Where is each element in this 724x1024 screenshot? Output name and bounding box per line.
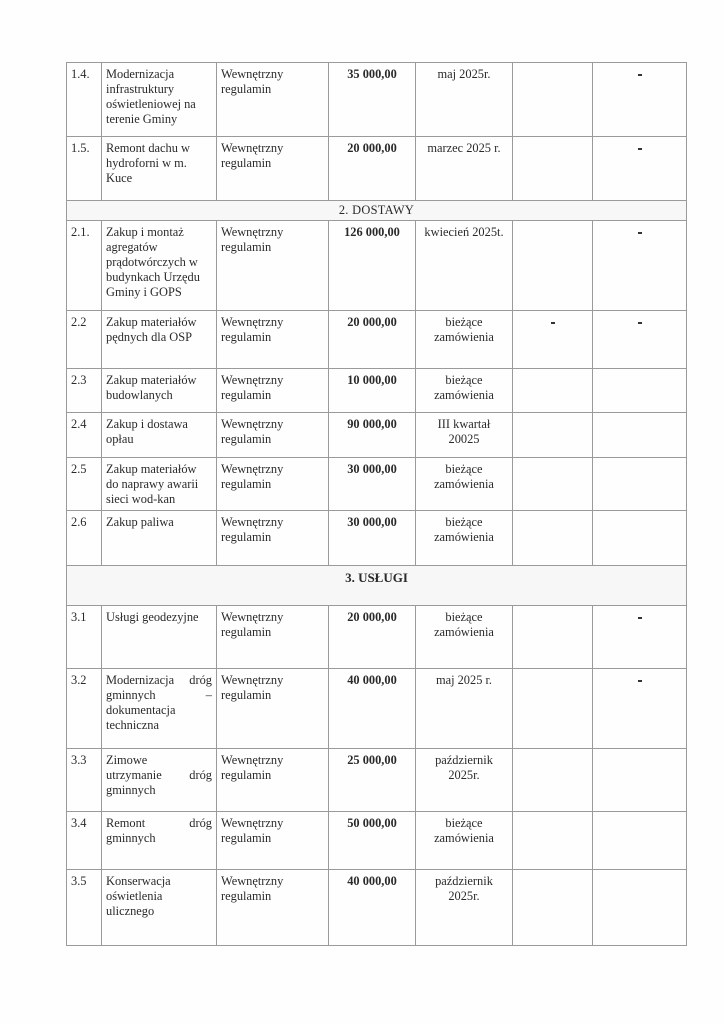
item-number: 2.3 <box>67 369 102 413</box>
text-line: 20025 <box>420 432 508 447</box>
item-number: 2.5 <box>67 458 102 511</box>
item-name: Remont dachu whydroforni w m.Kuce <box>102 137 217 201</box>
table-row: 3.2Modernizacja dróggminnych –dokumentac… <box>67 669 687 749</box>
table-row: 3.4Remont dróggminnychWewnętrznyregulami… <box>67 812 687 870</box>
procurement-mode: Wewnętrznyregulamin <box>217 311 329 369</box>
text-line: Wewnętrzny <box>221 225 324 240</box>
text-line: bieżące <box>420 315 508 330</box>
text-line: Zakup paliwa <box>106 515 212 530</box>
text-line: hydroforni w m. <box>106 156 212 171</box>
planned-date: bieżącezamówienia <box>416 458 513 511</box>
text-line: gminnych – <box>106 688 212 703</box>
item-number: 3.5 <box>67 870 102 946</box>
column-6-value <box>513 870 593 946</box>
estimated-value: 126 000,00 <box>329 221 416 311</box>
text-line: Remont dróg <box>106 816 212 831</box>
text-line: terenie Gminy <box>106 112 212 127</box>
column-7-value <box>593 369 687 413</box>
dash-mark <box>638 680 642 682</box>
dash-mark <box>638 148 642 150</box>
column-7-value <box>593 749 687 812</box>
text-line: Kuce <box>106 171 212 186</box>
item-number: 2.6 <box>67 511 102 566</box>
item-number: 3.1 <box>67 606 102 669</box>
text-line: październik <box>420 874 508 889</box>
column-7-value <box>593 511 687 566</box>
text-line: utrzymanie dróg <box>106 768 212 783</box>
estimated-value: 25 000,00 <box>329 749 416 812</box>
estimated-value: 40 000,00 <box>329 870 416 946</box>
text-line: infrastruktury <box>106 82 212 97</box>
item-number: 2.4 <box>67 413 102 458</box>
column-6-value <box>513 137 593 201</box>
procurement-mode: Wewnętrznyregulamin <box>217 137 329 201</box>
column-7-value <box>593 812 687 870</box>
dash-mark <box>638 232 642 234</box>
text-line: regulamin <box>221 530 324 545</box>
text-line: sieci wod-kan <box>106 492 212 507</box>
text-line: zamówienia <box>420 530 508 545</box>
text-line: 2025r. <box>420 768 508 783</box>
text-line: budynkach Urzędu <box>106 270 212 285</box>
procurement-mode: Wewnętrznyregulamin <box>217 458 329 511</box>
procurement-mode: Wewnętrznyregulamin <box>217 221 329 311</box>
text-line: Wewnętrzny <box>221 373 324 388</box>
text-line: zamówienia <box>420 388 508 403</box>
text-line: Modernizacja dróg <box>106 673 212 688</box>
item-name: Zakup materiałówdo naprawy awariisieci w… <box>102 458 217 511</box>
column-7-value <box>593 63 687 137</box>
text-line: Wewnętrzny <box>221 610 324 625</box>
table-row: 2.1.Zakup i montażagregatówprądotwórczyc… <box>67 221 687 311</box>
table-row: 2.5Zakup materiałówdo naprawy awariisiec… <box>67 458 687 511</box>
column-6-value <box>513 812 593 870</box>
text-line: regulamin <box>221 768 324 783</box>
item-name: Modernizacjainfrastrukturyoświetleniowej… <box>102 63 217 137</box>
planned-date: bieżącezamówienia <box>416 606 513 669</box>
text-line: regulamin <box>221 477 324 492</box>
planned-date: bieżącezamówienia <box>416 369 513 413</box>
text-line: maj 2025 r. <box>420 673 508 688</box>
text-line: Wewnętrzny <box>221 816 324 831</box>
text-line: bieżące <box>420 515 508 530</box>
text-line: Wewnętrzny <box>221 315 324 330</box>
estimated-value: 35 000,00 <box>329 63 416 137</box>
text-line: regulamin <box>221 625 324 640</box>
procurement-mode: Wewnętrznyregulamin <box>217 870 329 946</box>
text-line: maj 2025r. <box>420 67 508 82</box>
planned-date: bieżącezamówienia <box>416 311 513 369</box>
text-line: prądotwórczych w <box>106 255 212 270</box>
table-row: 2.6Zakup paliwaWewnętrznyregulamin30 000… <box>67 511 687 566</box>
estimated-value: 30 000,00 <box>329 511 416 566</box>
procurement-mode: Wewnętrznyregulamin <box>217 413 329 458</box>
text-line: Remont dachu w <box>106 141 212 156</box>
item-number: 2.2 <box>67 311 102 369</box>
text-line: bieżące <box>420 816 508 831</box>
column-7-value <box>593 606 687 669</box>
text-line: oświetleniowej na <box>106 97 212 112</box>
text-line: Wewnętrzny <box>221 515 324 530</box>
item-number: 1.4. <box>67 63 102 137</box>
column-7-value <box>593 311 687 369</box>
column-6-value <box>513 369 593 413</box>
item-name: Zakup materiałówbudowlanych <box>102 369 217 413</box>
table-body: 1.4.Modernizacjainfrastrukturyoświetleni… <box>67 63 687 946</box>
document-page: 1.4.Modernizacjainfrastrukturyoświetleni… <box>0 0 724 1024</box>
item-name: Modernizacja dróggminnych –dokumentacjat… <box>102 669 217 749</box>
table-row: 2.3Zakup materiałówbudowlanychWewnętrzny… <box>67 369 687 413</box>
item-name: Zimoweutrzymanie dróggminnych <box>102 749 217 812</box>
text-line: Gminy i GOPS <box>106 285 212 300</box>
column-6-value <box>513 749 593 812</box>
text-line: budowlanych <box>106 388 212 403</box>
text-line: Wewnętrzny <box>221 673 324 688</box>
column-6-value <box>513 606 593 669</box>
text-line: ulicznego <box>106 904 212 919</box>
text-line: Konserwacja <box>106 874 212 889</box>
estimated-value: 90 000,00 <box>329 413 416 458</box>
text-line: gminnych <box>106 783 212 798</box>
table-row: 2.2Zakup materiałówpędnych dla OSPWewnęt… <box>67 311 687 369</box>
procurement-mode: Wewnętrznyregulamin <box>217 812 329 870</box>
text-line: agregatów <box>106 240 212 255</box>
item-name: Zakup i montażagregatówprądotwórczych wb… <box>102 221 217 311</box>
item-number: 2.1. <box>67 221 102 311</box>
text-line: Usługi geodezyjne <box>106 610 212 625</box>
dash-mark <box>638 322 642 324</box>
column-7-value <box>593 137 687 201</box>
item-number: 3.4 <box>67 812 102 870</box>
planned-date: maj 2025r. <box>416 63 513 137</box>
text-line: październik <box>420 753 508 768</box>
table-row: 3.5KonserwacjaoświetleniaulicznegoWewnęt… <box>67 870 687 946</box>
text-line: Wewnętrzny <box>221 462 324 477</box>
text-line: regulamin <box>221 388 324 403</box>
text-line: Zakup i montaż <box>106 225 212 240</box>
estimated-value: 30 000,00 <box>329 458 416 511</box>
item-name: Remont dróggminnych <box>102 812 217 870</box>
dash-mark <box>551 322 555 324</box>
text-line: III kwartał <box>420 417 508 432</box>
item-name: Zakup paliwa <box>102 511 217 566</box>
text-line: zamówienia <box>420 330 508 345</box>
text-line: kwiecień 2025t. <box>420 225 508 240</box>
section-header-row: 2. DOSTAWY <box>67 201 687 221</box>
column-6-value <box>513 413 593 458</box>
text-line: regulamin <box>221 432 324 447</box>
text-line: gminnych <box>106 831 212 846</box>
text-line: zamówienia <box>420 477 508 492</box>
item-name: Konserwacjaoświetleniaulicznego <box>102 870 217 946</box>
text-line: Zimowe <box>106 753 212 768</box>
text-line: bieżące <box>420 462 508 477</box>
table-row: 2.4Zakup i dostawaopłauWewnętrznyregulam… <box>67 413 687 458</box>
procurement-mode: Wewnętrznyregulamin <box>217 606 329 669</box>
planned-date: kwiecień 2025t. <box>416 221 513 311</box>
text-line: Wewnętrzny <box>221 67 324 82</box>
estimated-value: 10 000,00 <box>329 369 416 413</box>
text-line: regulamin <box>221 889 324 904</box>
text-line: Zakup materiałów <box>106 373 212 388</box>
text-line: regulamin <box>221 831 324 846</box>
text-line: Modernizacja <box>106 67 212 82</box>
text-line: 2025r. <box>420 889 508 904</box>
procurement-plan-table: 1.4.Modernizacjainfrastrukturyoświetleni… <box>66 62 687 946</box>
estimated-value: 20 000,00 <box>329 311 416 369</box>
text-line: Zakup materiałów <box>106 315 212 330</box>
text-line: bieżące <box>420 373 508 388</box>
column-7-value <box>593 870 687 946</box>
planned-date: maj 2025 r. <box>416 669 513 749</box>
planned-date: bieżącezamówienia <box>416 812 513 870</box>
text-line: regulamin <box>221 82 324 97</box>
text-line: Wewnętrzny <box>221 141 324 156</box>
text-line: techniczna <box>106 718 212 733</box>
text-line: zamówienia <box>420 831 508 846</box>
text-line: dokumentacja <box>106 703 212 718</box>
text-line: Zakup i dostawa <box>106 417 212 432</box>
dash-mark <box>638 74 642 76</box>
text-line: Wewnętrzny <box>221 874 324 889</box>
planned-date: październik2025r. <box>416 749 513 812</box>
text-line: regulamin <box>221 688 324 703</box>
item-number: 3.3 <box>67 749 102 812</box>
estimated-value: 20 000,00 <box>329 606 416 669</box>
section-header-row: 3. USŁUGI <box>67 566 687 606</box>
column-7-value <box>593 669 687 749</box>
item-name: Zakup materiałówpędnych dla OSP <box>102 311 217 369</box>
section-title: 2. DOSTAWY <box>67 201 687 221</box>
section-title: 3. USŁUGI <box>67 566 687 606</box>
text-line: oświetlenia <box>106 889 212 904</box>
table-row: 3.3Zimoweutrzymanie dróggminnychWewnętrz… <box>67 749 687 812</box>
text-line: Wewnętrzny <box>221 753 324 768</box>
procurement-mode: Wewnętrznyregulamin <box>217 749 329 812</box>
column-6-value <box>513 669 593 749</box>
item-name: Zakup i dostawaopłau <box>102 413 217 458</box>
planned-date: marzec 2025 r. <box>416 137 513 201</box>
planned-date: październik2025r. <box>416 870 513 946</box>
text-line: zamówienia <box>420 625 508 640</box>
planned-date: III kwartał20025 <box>416 413 513 458</box>
column-7-value <box>593 413 687 458</box>
item-number: 1.5. <box>67 137 102 201</box>
column-6-value <box>513 458 593 511</box>
dash-mark <box>638 617 642 619</box>
column-6-value <box>513 511 593 566</box>
estimated-value: 20 000,00 <box>329 137 416 201</box>
column-6-value <box>513 221 593 311</box>
planned-date: bieżącezamówienia <box>416 511 513 566</box>
item-number: 3.2 <box>67 669 102 749</box>
estimated-value: 40 000,00 <box>329 669 416 749</box>
text-line: marzec 2025 r. <box>420 141 508 156</box>
column-7-value <box>593 458 687 511</box>
text-line: Wewnętrzny <box>221 417 324 432</box>
text-line: bieżące <box>420 610 508 625</box>
table-row: 3.1Usługi geodezyjneWewnętrznyregulamin2… <box>67 606 687 669</box>
text-line: regulamin <box>221 240 324 255</box>
column-6-value <box>513 311 593 369</box>
text-line: pędnych dla OSP <box>106 330 212 345</box>
text-line: do naprawy awarii <box>106 477 212 492</box>
table-row: 1.4.Modernizacjainfrastrukturyoświetleni… <box>67 63 687 137</box>
table-row: 1.5.Remont dachu whydroforni w m.KuceWew… <box>67 137 687 201</box>
text-line: regulamin <box>221 330 324 345</box>
item-name: Usługi geodezyjne <box>102 606 217 669</box>
column-7-value <box>593 221 687 311</box>
procurement-mode: Wewnętrznyregulamin <box>217 369 329 413</box>
estimated-value: 50 000,00 <box>329 812 416 870</box>
procurement-mode: Wewnętrznyregulamin <box>217 63 329 137</box>
text-line: Zakup materiałów <box>106 462 212 477</box>
procurement-mode: Wewnętrznyregulamin <box>217 669 329 749</box>
text-line: regulamin <box>221 156 324 171</box>
procurement-mode: Wewnętrznyregulamin <box>217 511 329 566</box>
column-6-value <box>513 63 593 137</box>
text-line: opłau <box>106 432 212 447</box>
